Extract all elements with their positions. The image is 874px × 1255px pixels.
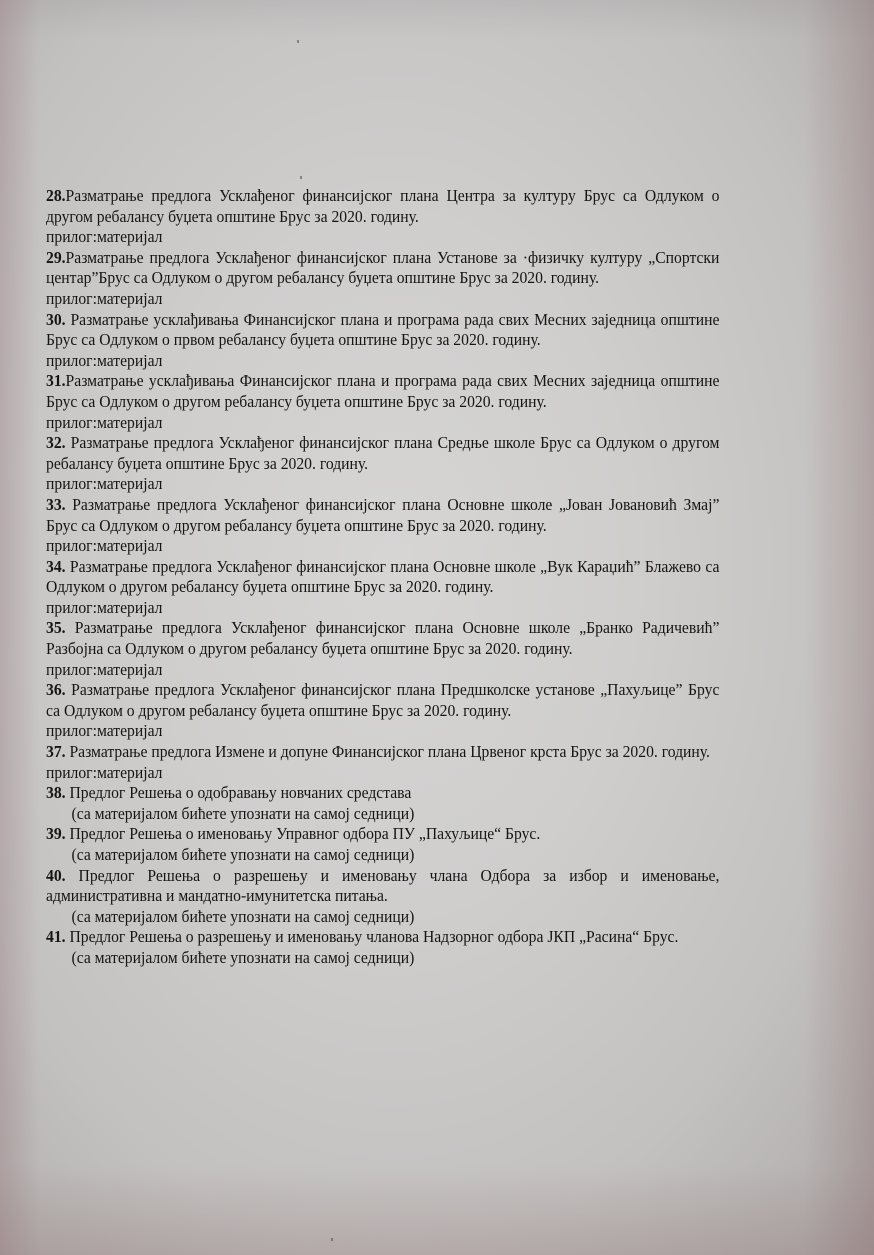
- agenda-item-text: 29.Разматрање предлога Усклађеног финанс…: [46, 248, 719, 289]
- agenda-item: 30. Разматрање усклађивања Финансијског …: [46, 310, 719, 372]
- agenda-item: 31.Разматрање усклађивања Финансијског п…: [46, 371, 719, 433]
- agenda-item-text: 31.Разматрање усклађивања Финансијског п…: [46, 371, 719, 412]
- agenda-item-text: 33. Разматрање предлога Усклађеног финан…: [46, 495, 719, 536]
- session-note: (са материјалом бићете упознати на самој…: [46, 804, 719, 825]
- agenda-item-text: 30. Разматрање усклађивања Финансијског …: [46, 310, 719, 351]
- agenda-item-text: 36. Разматрање предлога Усклађеног финан…: [46, 680, 719, 721]
- agenda-item: 28.Разматрање предлога Усклађеног финанс…: [46, 186, 719, 248]
- agenda-item-text: 39. Предлог Решења о именовању Управног …: [46, 824, 719, 845]
- attachment-label: прилог:материјал: [46, 289, 719, 310]
- agenda-item-title: Предлог Решења о одобравању новчаних сре…: [66, 783, 412, 802]
- session-note: (са материјалом бићете упознати на самој…: [46, 907, 719, 928]
- agenda-item: 33. Разматрање предлога Усклађеног финан…: [46, 495, 719, 557]
- agenda-item-text: 35. Разматрање предлога Усклађеног финан…: [46, 618, 719, 659]
- agenda-item-title: Разматрање предлога Измене и допуне Фина…: [66, 742, 710, 761]
- agenda-item: 32. Разматрање предлога Усклађеног финан…: [46, 433, 719, 495]
- agenda-item-number: 33.: [46, 495, 66, 514]
- agenda-item: 35. Разматрање предлога Усклађеног финан…: [46, 618, 719, 680]
- agenda-item-text: 28.Разматрање предлога Усклађеног финанс…: [46, 186, 719, 227]
- agenda-item-title: Разматрање предлога Усклађеног финансијс…: [46, 618, 719, 658]
- paper-speck: [331, 1238, 333, 1241]
- agenda-item-number: 34.: [46, 557, 66, 576]
- agenda-item-title: Предлог Решења о именовању Управног одбо…: [66, 824, 541, 843]
- agenda-item: 37. Разматрање предлога Измене и допуне …: [46, 742, 719, 783]
- agenda-item-title: Разматрање предлога Усклађеног финансијс…: [46, 248, 719, 288]
- agenda-item-title: Разматрање предлога Усклађеног финансијс…: [46, 680, 719, 720]
- agenda-item-text: 32. Разматрање предлога Усклађеног финан…: [46, 433, 719, 474]
- agenda-item-number: 28.: [46, 186, 66, 205]
- agenda-item: 39. Предлог Решења о именовању Управног …: [46, 824, 719, 865]
- agenda-item: 40. Предлог Решења о разрешењу и именова…: [46, 866, 719, 928]
- session-note: (са материјалом бићете упознати на самој…: [46, 948, 719, 969]
- agenda-item-number: 39.: [46, 824, 66, 843]
- agenda-item-text: 38. Предлог Решења о одобравању новчаних…: [46, 783, 719, 804]
- agenda-item-number: 36.: [46, 680, 66, 699]
- agenda-item-number: 38.: [46, 783, 66, 802]
- agenda-item-number: 32.: [46, 433, 66, 452]
- paper-speck: [300, 176, 302, 179]
- agenda-item-text: 41. Предлог Решења о разрешењу и именова…: [46, 927, 719, 948]
- agenda-item-title: Предлог Решења о разрешењу и именовању ч…: [66, 927, 679, 946]
- agenda-item-text: 40. Предлог Решења о разрешењу и именова…: [46, 866, 719, 907]
- attachment-label: прилог:материјал: [46, 351, 719, 372]
- agenda-item-number: 40.: [46, 866, 66, 885]
- attachment-label: прилог:материјал: [46, 536, 719, 557]
- attachment-label: прилог:материјал: [46, 763, 719, 784]
- agenda-item-title: Разматрање усклађивања Финансијског план…: [46, 310, 719, 350]
- session-note: (са материјалом бићете упознати на самој…: [46, 845, 719, 866]
- attachment-label: прилог:материјал: [46, 660, 719, 681]
- agenda-list: 28.Разматрање предлога Усклађеног финанс…: [46, 186, 719, 969]
- agenda-item-text: 37. Разматрање предлога Измене и допуне …: [46, 742, 719, 763]
- agenda-item-title: Разматрање предлога Усклађеног финансијс…: [46, 557, 719, 597]
- agenda-item-number: 30.: [46, 310, 66, 329]
- agenda-item-title: Разматрање предлога Усклађеног финансијс…: [46, 186, 719, 226]
- agenda-item-title: Разматрање усклађивања Финансијског план…: [46, 371, 719, 411]
- agenda-item: 34. Разматрање предлога Усклађеног финан…: [46, 557, 719, 619]
- agenda-item: 41. Предлог Решења о разрешењу и именова…: [46, 927, 719, 968]
- agenda-item: 29.Разматрање предлога Усклађеног финанс…: [46, 248, 719, 310]
- paper-speck: [297, 40, 299, 43]
- attachment-label: прилог:материјал: [46, 413, 719, 434]
- agenda-item-number: 41.: [46, 927, 66, 946]
- agenda-item-title: Разматрање предлога Усклађеног финансијс…: [46, 495, 719, 535]
- attachment-label: прилог:материјал: [46, 598, 719, 619]
- attachment-label: прилог:материјал: [46, 721, 719, 742]
- agenda-item-number: 31.: [46, 371, 66, 390]
- agenda-item-title: Разматрање предлога Усклађеног финансијс…: [46, 433, 719, 473]
- agenda-item-title: Предлог Решења о разрешењу и именовању ч…: [46, 866, 719, 906]
- agenda-item: 36. Разматрање предлога Усклађеног финан…: [46, 680, 719, 742]
- agenda-item: 38. Предлог Решења о одобравању новчаних…: [46, 783, 719, 824]
- agenda-item-text: 34. Разматрање предлога Усклађеног финан…: [46, 557, 719, 598]
- attachment-label: прилог:материјал: [46, 227, 719, 248]
- attachment-label: прилог:материјал: [46, 474, 719, 495]
- agenda-item-number: 35.: [46, 618, 66, 637]
- agenda-item-number: 29.: [46, 248, 66, 267]
- agenda-item-number: 37.: [46, 742, 66, 761]
